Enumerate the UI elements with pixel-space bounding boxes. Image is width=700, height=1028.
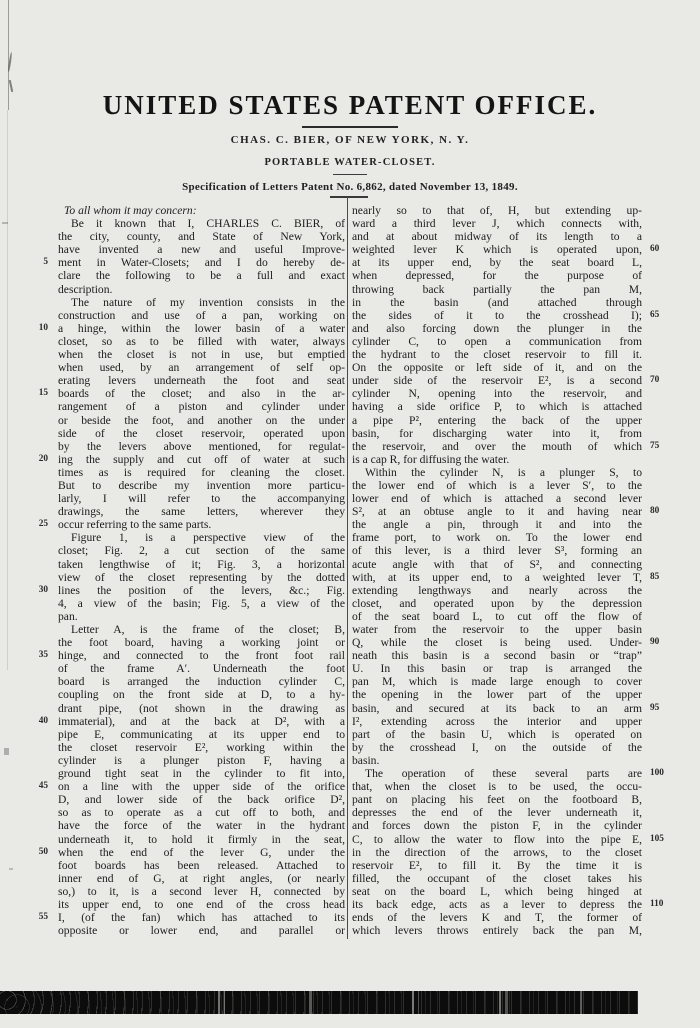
line-text: closet, and operated upon by the depress…: [352, 597, 642, 610]
line-number: [0, 872, 58, 885]
line-text: ing the supply and cut off of water at s…: [58, 453, 345, 466]
line-number: [642, 911, 680, 924]
line-text: when depressed, for the purpose of: [352, 269, 642, 282]
line-text: of this lever, is a third lever S³, form…: [352, 544, 642, 557]
line-text: Figure 1, is a perspective view of the: [58, 531, 345, 544]
line-text: C, to allow the water to flow into the p…: [352, 833, 642, 846]
line-text: reservoir E², to fill it. By the time it…: [352, 859, 642, 872]
text-line: I², extending across the interior and up…: [352, 715, 680, 728]
text-line: of the seat board L, to cut off the flow…: [352, 610, 680, 623]
line-text: pipe E, communicating at its upper end t…: [58, 728, 345, 741]
line-number: [0, 348, 58, 361]
line-text: To all whom it may concern:: [58, 204, 345, 217]
line-text: Within the cylinder N, is a plunger S, t…: [352, 466, 642, 479]
line-text: taken lengthwise of it; Fig. 3, a horizo…: [58, 558, 345, 571]
text-line: the closet reservoir E², working within …: [0, 741, 345, 754]
line-number: 20: [0, 453, 58, 466]
line-number: [0, 230, 58, 243]
line-number: [0, 793, 58, 806]
line-number: [0, 833, 58, 846]
line-number: [0, 204, 58, 217]
text-line: when depressed, for the purpose of: [352, 269, 680, 282]
page-title: UNITED STATES PATENT OFFICE.: [0, 90, 700, 121]
text-line: of this lever, is a third lever S³, form…: [352, 544, 680, 557]
line-text: pant on placing his feet on the footboar…: [352, 793, 642, 806]
line-number: [642, 741, 680, 754]
line-number: [642, 335, 680, 348]
line-text: is a cap R, for diffusing the water.: [352, 453, 642, 466]
line-text: so as to operate as a cut off to both, a…: [58, 806, 345, 819]
line-number: 35: [0, 649, 58, 662]
line-text: neath this basin is a second basin or “t…: [352, 649, 642, 662]
line-text: clare the following to be a full and exa…: [58, 269, 345, 282]
line-number: [0, 754, 58, 767]
line-number: [0, 885, 58, 898]
text-line: lower end of which is attached a second …: [352, 492, 680, 505]
line-text: nearly so to that of, H, but extending u…: [352, 204, 642, 217]
line-number: [642, 872, 680, 885]
line-number: 105: [642, 833, 680, 846]
line-number: 80: [642, 505, 680, 518]
line-text: On the opposite or left side of it, and …: [352, 361, 642, 374]
line-text: erating levers underneath the foot and s…: [58, 374, 345, 387]
line-number: [642, 859, 680, 872]
line-number: [642, 846, 680, 859]
line-number: [0, 924, 58, 937]
line-number: [0, 623, 58, 636]
text-line: ends of the levers K and T, the former o…: [352, 911, 680, 924]
text-line: by the levers above mentioned, for regul…: [0, 440, 345, 453]
line-text: basin, for discharging water into it, fr…: [352, 427, 642, 440]
line-number: 25: [0, 518, 58, 531]
line-number: [642, 479, 680, 492]
text-line: water from the reservoir to the upper ba…: [352, 623, 680, 636]
line-number: [642, 819, 680, 832]
text-line: board is arranged the induction cylinder…: [0, 675, 345, 688]
line-number: [0, 610, 58, 623]
small-rule: [333, 174, 367, 175]
line-text: so,) to it, is a second lever H, connect…: [58, 885, 345, 898]
text-line: seat on the board L, which being hinged …: [352, 885, 680, 898]
text-line: taken lengthwise of it; Fig. 3, a horizo…: [0, 558, 345, 571]
line-text: basin, and secured at its back to an arm: [352, 702, 642, 715]
text-line: cylinder is a plunger piston F, having a: [0, 754, 345, 767]
line-text: closet; Fig. 2, a cut section of the sam…: [58, 544, 345, 557]
line-text: the reservoir, and over the mouth of whi…: [352, 440, 642, 453]
line-text: I, (of the fan) which has attached to it…: [58, 911, 345, 924]
line-text: the lower end of which is a lever S′, to…: [352, 479, 642, 492]
text-line: frame port, to work on. To the lower end: [352, 531, 680, 544]
line-number: [642, 610, 680, 623]
line-text: when used, by an arrangement of self op-: [58, 361, 345, 374]
line-number: 70: [642, 374, 680, 387]
line-number: [642, 427, 680, 440]
text-line: that, when the closet is to be used, the…: [352, 780, 680, 793]
text-line: weighted lever K which is operated upon,…: [352, 243, 680, 256]
line-text: on a line with the upper side of the ori…: [58, 780, 345, 793]
text-line: 25occur referring to the same parts.: [0, 518, 345, 531]
text-line: D, and lower side of the back orifice D²…: [0, 793, 345, 806]
text-line: erating levers underneath the foot and s…: [0, 374, 345, 387]
text-line: rangement of a piston and cylinder under: [0, 400, 345, 413]
text-line: in the basin (and attached through: [352, 296, 680, 309]
text-line: having a side orifice P, to which is att…: [352, 400, 680, 413]
line-text: 4, a view of the basin; Fig. 5, a view o…: [58, 597, 345, 610]
text-line: is a cap R, for diffusing the water.: [352, 453, 680, 466]
patent-document-page: UNITED STATES PATENT OFFICE. CHAS. C. BI…: [0, 0, 700, 1028]
line-text: the angle a pin, through it and into the: [352, 518, 642, 531]
line-number: [0, 283, 58, 296]
text-line: when the closet is not in use, but empti…: [0, 348, 345, 361]
line-number: [0, 597, 58, 610]
line-text: extending lengthways and nearly across t…: [352, 584, 642, 597]
line-text: The nature of my invention consists in t…: [58, 296, 345, 309]
text-line: have invented a new and useful Improve-: [0, 243, 345, 256]
line-number: [642, 322, 680, 335]
line-number: 85: [642, 571, 680, 584]
line-number: [642, 780, 680, 793]
text-line: pan.: [0, 610, 345, 623]
line-text: larly, I will refer to the accompanying: [58, 492, 345, 505]
invention-title: PORTABLE WATER-CLOSET.: [0, 157, 700, 168]
scan-streak: [224, 991, 225, 1014]
line-number: [642, 348, 680, 361]
text-line: acute angle with that of S², and connect…: [352, 558, 680, 571]
line-text: board is arranged the induction cylinder…: [58, 675, 345, 688]
line-text: view of the closet representing by the d…: [58, 571, 345, 584]
text-line: closet, and operated upon by the depress…: [352, 597, 680, 610]
line-text: construction and use of a pan, working o…: [58, 309, 345, 322]
text-line: cylinder N, opening into the reservoir, …: [352, 387, 680, 400]
text-line: filled, the occupant of the closet takes…: [352, 872, 680, 885]
text-line: The nature of my invention consists in t…: [0, 296, 345, 309]
line-text: and forces down the piston F, in the cyl…: [352, 819, 642, 832]
line-text: inner end of G, at right angles, (or nea…: [58, 872, 345, 885]
text-line: or beside the foot, and another on the u…: [0, 414, 345, 427]
line-text: seat on the board L, which being hinged …: [352, 885, 642, 898]
line-number: [642, 649, 680, 662]
text-line: the reservoir, and over the mouth of whi…: [352, 440, 680, 453]
text-line: But to describe my invention more partic…: [0, 479, 345, 492]
line-text: Q, while the closet is being used. Under…: [352, 636, 642, 649]
inventor-line: CHAS. C. BIER, OF NEW YORK, N. Y.: [0, 134, 700, 146]
line-text: the foot board, having a working joint o…: [58, 636, 345, 649]
line-text: and at about midway of its length to a: [352, 230, 642, 243]
text-line: 40immaterial), and at the back at D², wi…: [0, 715, 345, 728]
text-line: U. In this basin or trap is arranged the: [352, 662, 680, 675]
line-text: having a side orifice P, to which is att…: [352, 400, 642, 413]
scan-streak: [309, 991, 312, 1014]
line-number: 45: [0, 780, 58, 793]
line-text: the opening in the lower part of the upp…: [352, 688, 642, 701]
line-number: [0, 505, 58, 518]
line-number: [642, 256, 680, 269]
text-line: Within the cylinder N, is a plunger S, t…: [352, 466, 680, 479]
line-text: its upper end, to one end of the cross h…: [58, 898, 345, 911]
line-number: [0, 531, 58, 544]
line-text: immaterial), and at the back at D², with…: [58, 715, 345, 728]
line-text: by the crosshead I, on the outside of th…: [352, 741, 642, 754]
line-number: [642, 387, 680, 400]
line-text: the hydrant to the closet reservoir to f…: [352, 348, 642, 361]
line-number: [0, 728, 58, 741]
line-text: a pipe P², entering the back of the uppe…: [352, 414, 642, 427]
line-number: [0, 544, 58, 557]
line-text: of the seat board L, to cut off the flow…: [352, 610, 642, 623]
text-line: S², at an obtuse angle to it and having …: [352, 505, 680, 518]
line-text: that, when the closet is to be used, the…: [352, 780, 642, 793]
text-line: have the force of the water in the hydra…: [0, 819, 345, 832]
line-number: [0, 806, 58, 819]
line-text: But to describe my invention more partic…: [58, 479, 345, 492]
line-text: when the closet is not in use, but empti…: [58, 348, 345, 361]
line-text: under side of the reservoir E², is a sec…: [352, 374, 642, 387]
line-text: D, and lower side of the back orifice D²…: [58, 793, 345, 806]
line-text: have the force of the water in the hydra…: [58, 819, 345, 832]
text-line: so,) to it, is a second lever H, connect…: [0, 885, 345, 898]
left-column: To all whom it may concern:Be it known t…: [0, 204, 345, 937]
line-text: opposite or lower end, and parallel or: [58, 924, 345, 937]
text-line: under side of the reservoir E², is a sec…: [352, 374, 680, 387]
text-line: the city, county, and State of New York,: [0, 230, 345, 243]
text-line: 10a hinge, within the lower basin of a w…: [0, 322, 345, 335]
text-line: 45on a line with the upper side of the o…: [0, 780, 345, 793]
line-number: [0, 702, 58, 715]
line-number: [0, 361, 58, 374]
line-number: [0, 492, 58, 505]
line-number: 40: [0, 715, 58, 728]
line-number: [642, 230, 680, 243]
text-line: closet, so as to be filled with water, a…: [0, 335, 345, 348]
line-text: Letter A, is the frame of the closet; B,: [58, 623, 345, 636]
line-number: [642, 544, 680, 557]
column-divider-rule: [347, 197, 348, 939]
text-line: part of the basin U, which is operated o…: [352, 728, 680, 741]
line-text: cylinder is a plunger piston F, having a: [58, 754, 345, 767]
text-line: 5ment in Water-Closets; and I do hereby …: [0, 256, 345, 269]
text-line: 4, a view of the basin; Fig. 5, a view o…: [0, 597, 345, 610]
line-number: [0, 466, 58, 479]
line-number: 110: [642, 898, 680, 911]
line-text: water from the reservoir to the upper ba…: [352, 623, 642, 636]
text-line: nearly so to that of, H, but extending u…: [352, 204, 680, 217]
line-number: 75: [642, 440, 680, 453]
line-text: S², at an obtuse angle to it and having …: [352, 505, 642, 518]
line-number: [642, 924, 680, 937]
line-text: the city, county, and State of New York,: [58, 230, 345, 243]
line-text: U. In this basin or trap is arranged the: [352, 662, 642, 675]
line-number: [0, 440, 58, 453]
text-line: ward a third lever J, which connects wit…: [352, 217, 680, 230]
text-line: basin, for discharging water into it, fr…: [352, 427, 680, 440]
text-line: On the opposite or left side of it, and …: [352, 361, 680, 374]
line-number: [0, 558, 58, 571]
text-line: at its upper end, by the seat board L,: [352, 256, 680, 269]
line-number: [0, 898, 58, 911]
text-line: in the direction of the arrows, to the c…: [352, 846, 680, 859]
line-number: [642, 296, 680, 309]
text-line: Figure 1, is a perspective view of the: [0, 531, 345, 544]
line-text: and also forcing down the plunger in the: [352, 322, 642, 335]
line-text: ward a third lever J, which connects wit…: [352, 217, 642, 230]
line-text: by the levers above mentioned, for regul…: [58, 440, 345, 453]
title-rule: [302, 126, 398, 128]
line-number: [0, 217, 58, 230]
line-number: [0, 688, 58, 701]
line-text: ends of the levers K and T, the former o…: [352, 911, 642, 924]
line-number: [0, 296, 58, 309]
line-text: hinge, and connected to the front foot r…: [58, 649, 345, 662]
line-number: 5: [0, 256, 58, 269]
line-text: a hinge, within the lower basin of a wat…: [58, 322, 345, 335]
text-line: and forces down the piston F, in the cyl…: [352, 819, 680, 832]
text-line: opposite or lower end, and parallel or: [0, 924, 345, 937]
line-number: [0, 767, 58, 780]
line-number: [642, 204, 680, 217]
line-number: [642, 597, 680, 610]
text-line: basin.: [352, 754, 680, 767]
line-number: [642, 400, 680, 413]
line-number: [0, 414, 58, 427]
text-line: 30lines the position of the levers, &c.;…: [0, 584, 345, 597]
line-text: filled, the occupant of the closet takes…: [352, 872, 642, 885]
scan-noise: [0, 991, 638, 1014]
text-line: the sides of it to the crosshead I);65: [352, 309, 680, 322]
line-number: 100: [642, 767, 680, 780]
line-number: [642, 584, 680, 597]
line-text: ment in Water-Closets; and I do hereby d…: [58, 256, 345, 269]
text-line: basin, and secured at its back to an arm…: [352, 702, 680, 715]
line-text: in the direction of the arrows, to the c…: [352, 846, 642, 859]
text-line: inner end of G, at right angles, (or nea…: [0, 872, 345, 885]
scan-streak: [580, 991, 582, 1014]
line-number: [0, 479, 58, 492]
line-number: [0, 400, 58, 413]
line-text: pan M, which is made large enough to cov…: [352, 675, 642, 688]
text-line: so as to operate as a cut off to both, a…: [0, 806, 345, 819]
text-line: and also forcing down the plunger in the: [352, 322, 680, 335]
column-divider-tick: [330, 196, 368, 198]
line-number: [642, 466, 680, 479]
text-line: Q, while the closet is being used. Under…: [352, 636, 680, 649]
line-number: [642, 662, 680, 675]
text-line: neath this basin is a second basin or “t…: [352, 649, 680, 662]
text-line: larly, I will refer to the accompanying: [0, 492, 345, 505]
specification-line: Specification of Letters Patent No. 6,86…: [0, 181, 700, 193]
text-line: its back edge, acts as a lever to depres…: [352, 898, 680, 911]
text-line: when used, by an arrangement of self op-: [0, 361, 345, 374]
scan-artifact-bar: [0, 991, 638, 1014]
line-text: have invented a new and useful Improve-: [58, 243, 345, 256]
scan-streak: [499, 991, 501, 1014]
line-text: basin.: [352, 754, 642, 767]
text-line: underneath it, to hold it firmly in the …: [0, 833, 345, 846]
text-line: and at about midway of its length to a: [352, 230, 680, 243]
text-line: view of the closet representing by the d…: [0, 571, 345, 584]
line-number: [642, 754, 680, 767]
text-line: times as is required for cleaning the cl…: [0, 466, 345, 479]
line-text: throwing back partially the pan M,: [352, 283, 642, 296]
line-number: [0, 819, 58, 832]
line-number: [0, 309, 58, 322]
line-number: 95: [642, 702, 680, 715]
line-text: which levers throws entirely back the pa…: [352, 924, 642, 937]
text-line: with, at its upper end, to a weighted le…: [352, 571, 680, 584]
line-text: lines the position of the levers, &c.; F…: [58, 584, 345, 597]
line-number: [642, 269, 680, 282]
line-text: the closet reservoir E², working within …: [58, 741, 345, 754]
text-line: Be it known that I, CHARLES C. BIER, of: [0, 217, 345, 230]
line-number: [642, 793, 680, 806]
line-number: [642, 715, 680, 728]
text-line: which levers throws entirely back the pa…: [352, 924, 680, 937]
line-text: Be it known that I, CHARLES C. BIER, of: [58, 217, 345, 230]
text-line: clare the following to be a full and exa…: [0, 269, 345, 282]
text-line: side of the closet reservoir, operated u…: [0, 427, 345, 440]
line-number: [0, 427, 58, 440]
scan-streak: [505, 991, 508, 1014]
line-text: depresses the end of the lever underneat…: [352, 806, 642, 819]
scan-streak: [218, 991, 220, 1014]
text-line: Letter A, is the frame of the closet; B,: [0, 623, 345, 636]
text-line: of the frame A′. Underneath the foot: [0, 662, 345, 675]
text-line: To all whom it may concern:: [0, 204, 345, 217]
line-number: [0, 636, 58, 649]
text-line: the angle a pin, through it and into the: [352, 518, 680, 531]
line-number: [642, 453, 680, 466]
text-line: throwing back partially the pan M,: [352, 283, 680, 296]
line-text: with, at its upper end, to a weighted le…: [352, 571, 642, 584]
text-line: coupling on the front side at D, to a hy…: [0, 688, 345, 701]
line-number: [642, 531, 680, 544]
line-number: [642, 688, 680, 701]
line-text: of the frame A′. Underneath the foot: [58, 662, 345, 675]
line-text: cylinder N, opening into the reservoir, …: [352, 387, 642, 400]
line-text: its back edge, acts as a lever to depres…: [352, 898, 642, 911]
text-line: a pipe P², entering the back of the uppe…: [352, 414, 680, 427]
text-line: 15boards of the closet; and also in the …: [0, 387, 345, 400]
text-line: description.: [0, 283, 345, 296]
text-line: The operation of these several parts are…: [352, 767, 680, 780]
text-line: drant pipe, (not shown in the drawing as: [0, 702, 345, 715]
text-line: its upper end, to one end of the cross h…: [0, 898, 345, 911]
line-text: times as is required for cleaning the cl…: [58, 466, 345, 479]
line-number: [0, 675, 58, 688]
text-line: construction and use of a pan, working o…: [0, 309, 345, 322]
line-text: cylinder C, to open a communication from: [352, 335, 642, 348]
line-text: acute angle with that of S², and connect…: [352, 558, 642, 571]
line-text: coupling on the front side at D, to a hy…: [58, 688, 345, 701]
line-number: [642, 806, 680, 819]
line-number: [642, 518, 680, 531]
line-text: or beside the foot, and another on the u…: [58, 414, 345, 427]
line-text: The operation of these several parts are: [352, 767, 642, 780]
text-line: closet; Fig. 2, a cut section of the sam…: [0, 544, 345, 557]
line-text: closet, so as to be filled with water, a…: [58, 335, 345, 348]
text-line: 35hinge, and connected to the front foot…: [0, 649, 345, 662]
text-line: foot boards has been released. Attached …: [0, 859, 345, 872]
line-number: 55: [0, 911, 58, 924]
line-number: [0, 269, 58, 282]
text-line: by the crosshead I, on the outside of th…: [352, 741, 680, 754]
line-text: part of the basin U, which is operated o…: [352, 728, 642, 741]
line-text: drawings, the same letters, wherever the…: [58, 505, 345, 518]
line-number: 30: [0, 584, 58, 597]
line-number: [642, 283, 680, 296]
line-number: [0, 662, 58, 675]
line-number: [642, 623, 680, 636]
line-number: [642, 675, 680, 688]
